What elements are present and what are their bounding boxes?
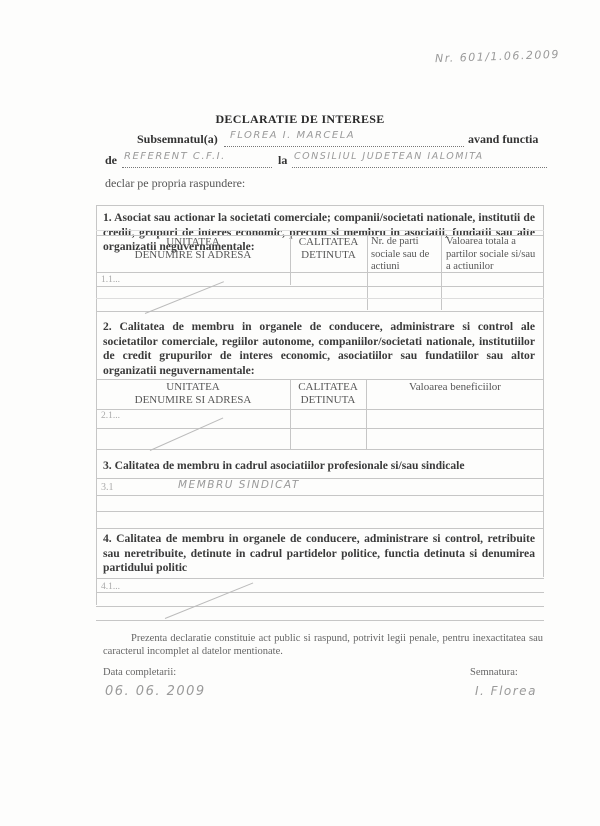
s3-row-value: MEMBRU SINDICAT	[178, 479, 300, 491]
function-field: REFERENT C.F.I.	[122, 153, 272, 168]
institution-value: CONSILIUL JUDETEAN IALOMITA	[294, 151, 484, 162]
la-label: la	[278, 153, 287, 168]
section4-text: 4. Calitatea de membru in organele de co…	[103, 532, 535, 576]
signature-label: Semnatura:	[470, 666, 518, 679]
signature-value: I. Florea	[475, 684, 537, 698]
footer-statement: Prezenta declaratie constituie act publi…	[103, 632, 543, 658]
s4-row-label: 4.1...	[101, 582, 120, 592]
s1-col-nr-parti: Nr. de parti sociale sau de actiuni	[371, 236, 439, 274]
date-label: Data completarii:	[103, 666, 176, 679]
s1-col-calitatea: CALITATEADETINUTA	[290, 236, 367, 262]
declar-label: declar pe propria raspundere:	[105, 176, 245, 191]
s3-row-label: 3.1	[101, 482, 114, 493]
subsemnatul-label: Subsemnatul(a)	[137, 132, 218, 147]
section3-text: 3. Calitatea de membru in cadrul asociat…	[103, 459, 535, 474]
s2-row-label: 2.1...	[101, 411, 120, 421]
date-value: 06. 06. 2009	[105, 684, 206, 699]
name-value: FLOREA I. MARCELA	[230, 130, 355, 141]
section2-text: 2. Calitatea de membru in organele de co…	[103, 320, 535, 378]
s2-col-calitatea: CALITATEADETINUTA	[290, 381, 366, 407]
s1-col-valoare: Valoarea totala a partilor sociale si/sa…	[446, 236, 542, 274]
s2-col-valoare: Valoarea beneficiilor	[366, 381, 544, 394]
s1-row-label: 1.1...	[101, 275, 120, 285]
de-label: de	[105, 153, 117, 168]
s1-col-unitatea: UNITATEADENUMIRE SI ADRESA	[96, 236, 290, 262]
s2-col-unitatea: UNITATEADENUMIRE SI ADRESA	[96, 381, 290, 407]
registration-number: Nr. 601/1.06.2009	[435, 48, 560, 65]
name-field: FLOREA I. MARCELA	[224, 132, 464, 147]
page-title: DECLARATIE DE INTERESE	[0, 112, 600, 127]
institution-field: CONSILIUL JUDETEAN IALOMITA	[292, 153, 547, 168]
function-value: REFERENT C.F.I.	[124, 151, 226, 162]
avand-functia-label: avand functia	[468, 132, 538, 147]
